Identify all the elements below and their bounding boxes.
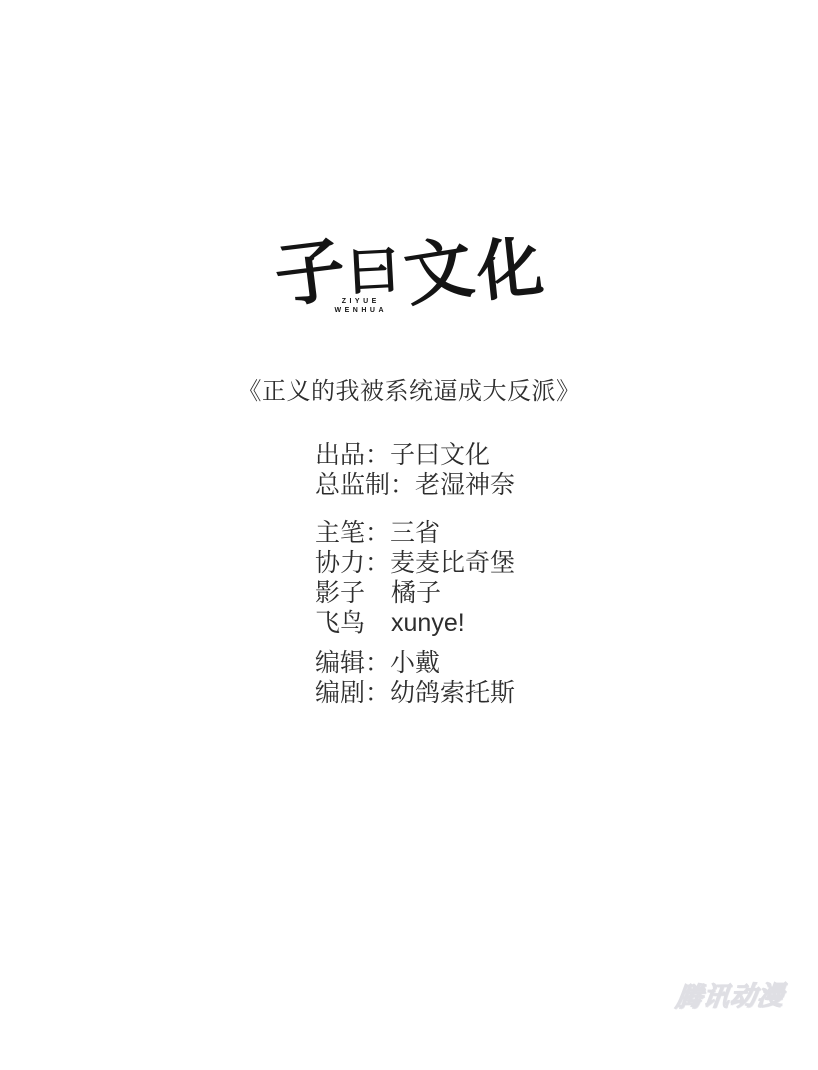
credit-group-editorial: 编辑：小戴 编剧：幼鸽索托斯 [315, 648, 515, 708]
credit-line: 编剧：幼鸽索托斯 [315, 678, 515, 708]
credit-value: 小戴 [390, 649, 440, 677]
credit-group-production: 出品：子曰文化 总监制：老湿神奈 [315, 440, 515, 500]
page-background: 子 曰 文 化 ZIYUE WENHUA 《正义的我被系统逼成大反派》 出品：子… [0, 0, 818, 1070]
series-title: 《正义的我被系统逼成大反派》 [0, 371, 818, 406]
logo-romanization-line1: ZIYUE [328, 297, 390, 306]
credit-label: 编剧： [315, 679, 390, 707]
credit-value: 幼鸽索托斯 [390, 679, 515, 707]
credit-label: 飞鸟 [315, 609, 365, 637]
credit-label: 主笔： [315, 519, 390, 547]
credit-line: 飞鸟xunye! [315, 608, 515, 638]
tencent-comics-watermark: 腾讯动漫 [674, 975, 787, 1014]
credit-line: 总监制：老湿神奈 [315, 470, 515, 500]
logo-char: 化 [474, 233, 547, 306]
credit-label: 编辑： [315, 649, 390, 677]
credit-line: 影子橘子 [315, 578, 515, 608]
credit-line: 主笔：三省 [315, 518, 515, 548]
credit-label: 影子 [315, 579, 365, 607]
credit-value: 麦麦比奇堡 [390, 549, 515, 577]
credit-label: 出品： [315, 441, 390, 469]
logo-char: 曰 [346, 245, 401, 300]
credit-value: 子曰文化 [390, 441, 490, 469]
credit-value: 三省 [390, 519, 440, 547]
credit-line: 协力：麦麦比奇堡 [315, 548, 515, 578]
credit-group-artists: 主笔：三省 协力：麦麦比奇堡 影子橘子 飞鸟xunye! [315, 518, 515, 638]
logo-calligraphy: 子 曰 文 化 [275, 238, 543, 308]
logo-char: 文 [400, 233, 478, 311]
credit-value: 橘子 [391, 579, 441, 607]
credit-label: 协力： [315, 549, 390, 577]
credit-line: 出品：子曰文化 [315, 440, 515, 470]
credit-line: 编辑：小戴 [315, 648, 515, 678]
credit-label: 总监制： [315, 471, 415, 499]
publisher-logo: 子 曰 文 化 [0, 238, 818, 308]
credit-value: 老湿神奈 [415, 471, 515, 499]
logo-romanization-line2: WENHUA [328, 306, 390, 315]
logo-romanization: ZIYUE WENHUA [328, 297, 390, 315]
credit-value: xunye! [391, 609, 465, 637]
credits-block: 出品：子曰文化 总监制：老湿神奈 主笔：三省 协力：麦麦比奇堡 影子橘子 飞鸟x… [315, 440, 515, 708]
